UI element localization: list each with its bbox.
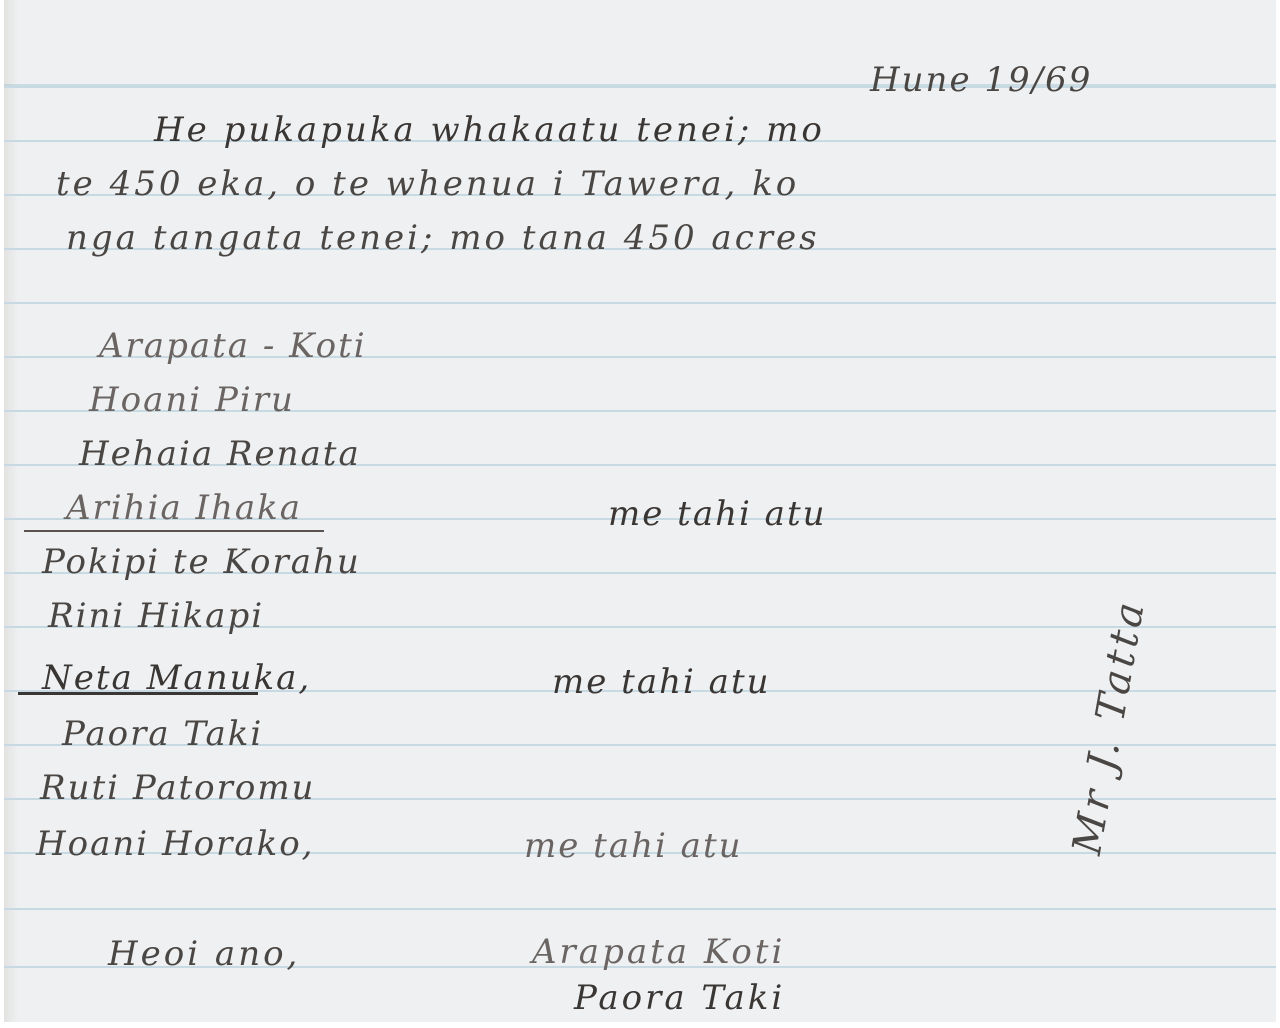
- name-entry: Paora Taki: [62, 714, 263, 754]
- intro-line-3: nga tangata tenei; mo tana 450 acres: [66, 218, 820, 258]
- name-entry: Ruti Patoromu: [40, 768, 315, 808]
- name-underline: [24, 530, 324, 532]
- name-entry: Hoani Horako,: [36, 824, 315, 864]
- document-date: Hune 19/69: [870, 60, 1092, 100]
- name-entry: Rini Hikapi: [48, 596, 264, 636]
- intro-line-2: te 450 eka, o te whenua i Tawera, ko: [56, 164, 799, 204]
- ruled-paper: Hune 19/69 He pukapuka whakaatu tenei; m…: [4, 0, 1276, 1022]
- margin-note: Mr J. Tatta: [1064, 595, 1154, 858]
- name-entry: Pokipi te Korahu: [42, 542, 361, 582]
- name-entry: Hoani Piru: [89, 380, 295, 420]
- name-note: me tahi atu: [552, 662, 771, 702]
- ruled-line: [4, 302, 1276, 304]
- name-underline: [18, 692, 258, 695]
- name-note: me tahi atu: [608, 494, 827, 534]
- ruled-line: [4, 908, 1276, 910]
- name-entry: Arihia Ihaka: [66, 488, 302, 528]
- signature-1: Arapata Koti: [532, 932, 785, 972]
- name-entry: Arapata - Koti: [99, 326, 367, 366]
- intro-line-1: He pukapuka whakaatu tenei; mo: [154, 110, 825, 150]
- signature-2: Paora Taki: [574, 978, 785, 1018]
- closing-text: Heoi ano,: [108, 934, 300, 974]
- name-entry: Hehaia Renata: [79, 434, 361, 474]
- name-note: me tahi atu: [524, 826, 743, 866]
